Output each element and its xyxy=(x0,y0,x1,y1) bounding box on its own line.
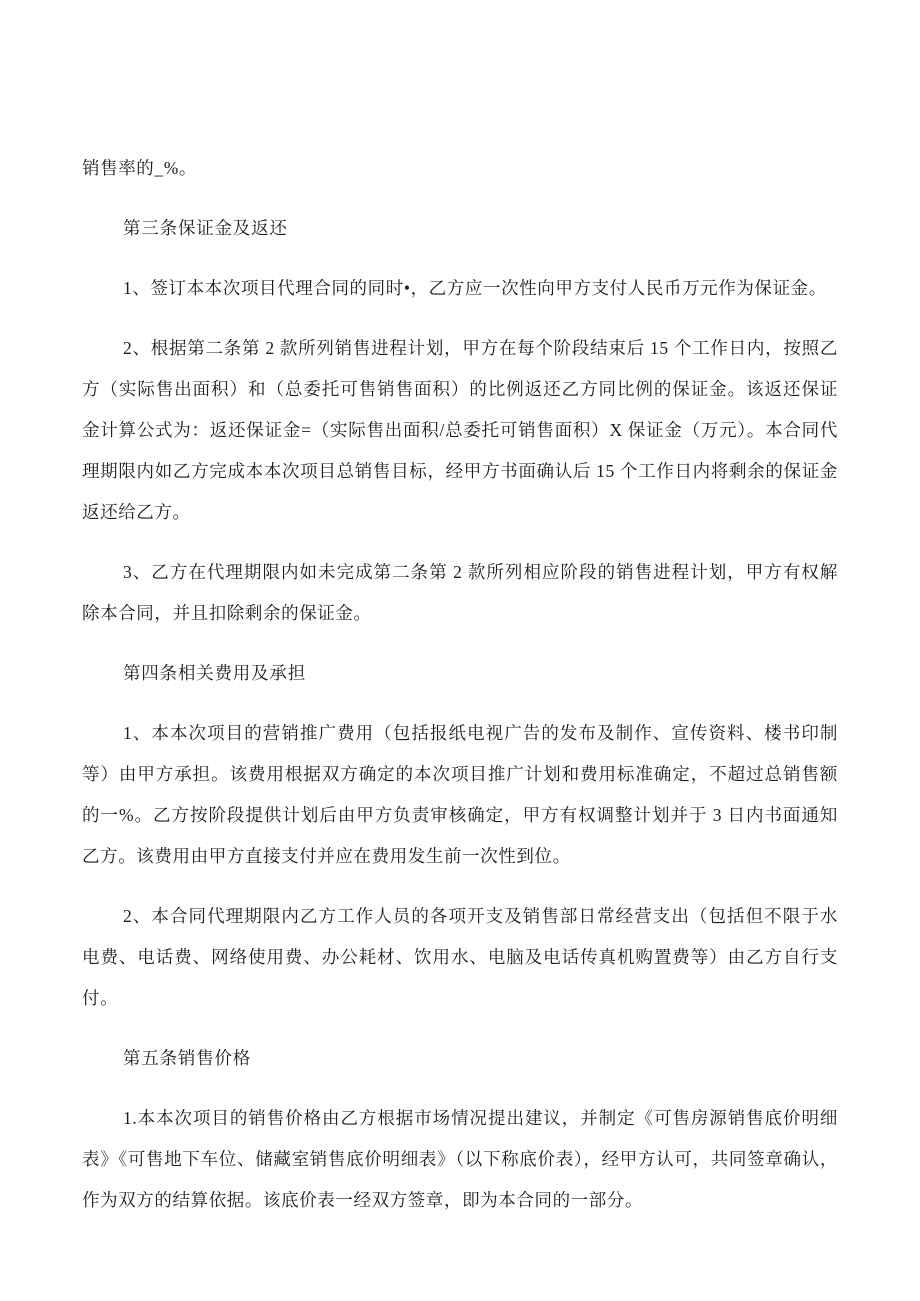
paragraph-deposit-1: 1、签订本本次项目代理合同的同时•，乙方应一次性向甲方支付人民币万元作为保证金。 xyxy=(82,268,838,309)
paragraph-price-1: 1.本本次项目的销售价格由乙方根据市场情况提出建议，并制定《可售房源销售底价明细… xyxy=(82,1098,838,1221)
paragraph-deposit-2: 2、根据第二条第 2 款所列销售进程计划，甲方在每个阶段结束后 15 个工作日内… xyxy=(82,328,838,533)
section-heading-price: 第五条销售价格 xyxy=(82,1038,838,1079)
paragraph-intro: 销售率的_%。 xyxy=(82,148,838,189)
paragraph-fees-2: 2、本合同代理期限内乙方工作人员的各项开支及销售部日常经营支出（包括但不限于水电… xyxy=(82,896,838,1019)
section-heading-fees: 第四条相关费用及承担 xyxy=(82,653,838,694)
document-page: 销售率的_%。 第三条保证金及返还 1、签订本本次项目代理合同的同时•，乙方应一… xyxy=(0,0,920,1301)
paragraph-deposit-3: 3、乙方在代理期限内如未完成第二条第 2 款所列相应阶段的销售进程计划，甲方有权… xyxy=(82,552,838,634)
paragraph-fees-1: 1、本本次项目的营销推广费用（包括报纸电视广告的发布及制作、宣传资料、楼书印制等… xyxy=(82,713,838,877)
section-heading-deposit: 第三条保证金及返还 xyxy=(82,208,838,249)
